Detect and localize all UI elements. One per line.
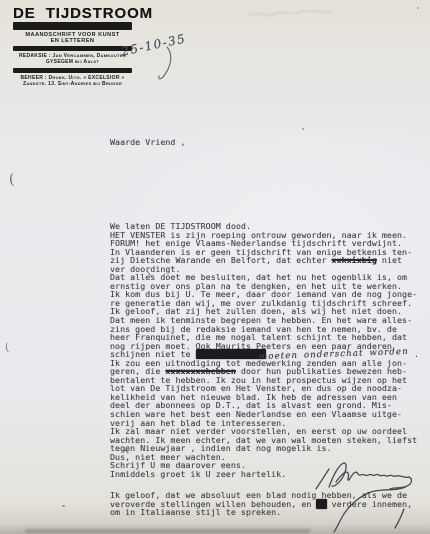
letterhead-bar-1 xyxy=(13,22,132,30)
letterhead-bar-3 xyxy=(13,68,132,73)
blacked-out-text: xx xyxy=(316,499,326,509)
redaksie-address: REDAKSIE : Jan Vercammen, Damkouter GYSE… xyxy=(13,53,132,65)
beheer-line-2: Zandstr. 13. Sint-Andries bij Brugge xyxy=(13,81,132,87)
letter-postscript: Ik geloof, dat we absoluut een blad nodi… xyxy=(110,491,412,517)
letter-line: Inmiddels groet ik U zeer hartelik. xyxy=(110,470,419,479)
salutation: Waarde Vriend , xyxy=(110,137,186,147)
paper-speck xyxy=(417,7,419,9)
scanned-letter-page: DE TIJDSTROOM MAANDSCHRIFT VOOR KUNST EN… xyxy=(0,0,430,534)
magazine-title: DE TIJDSTROOM xyxy=(13,5,153,22)
punch-hole-mark: ( xyxy=(4,341,10,354)
typewritten-text: om in Italiaanse stijl te spreken. xyxy=(110,507,281,517)
magazine-subtitle: MAANDSCHRIFT VOOR KUNST EN LETTEREN xyxy=(13,32,132,45)
typewritten-text: niet xyxy=(377,255,402,265)
date-flourish-stroke xyxy=(159,47,171,79)
struck-out-text: xxkxixbig xyxy=(332,255,377,265)
bleedthrough-scribble xyxy=(248,11,332,16)
punch-hole-mark: ( xyxy=(8,172,15,188)
typewritten-text: . xyxy=(409,349,419,359)
letter-body: We laten DE TIJDSTROOM dood.HET VENSTER … xyxy=(110,222,419,478)
beheer-address: BEHEER : Drukk. Uitg. « EXCELSIOR » Zand… xyxy=(13,75,132,87)
scan-edge-shadow xyxy=(25,529,310,533)
typewritten-text: Inmiddels groet ik U zeer hartelik. xyxy=(110,469,286,479)
letter-line: om in Italiaanse stijl te spreken. xyxy=(110,508,412,517)
typewritten-text: verdere innemen, xyxy=(327,499,413,509)
redaksie-line-2: GYSEGEM bij Aalst xyxy=(13,59,132,65)
letterhead-bar-2 xyxy=(13,46,132,51)
subtitle-line-2: EN LETTEREN xyxy=(13,38,132,44)
paper-speck xyxy=(62,505,65,507)
paper-speck xyxy=(302,128,304,130)
